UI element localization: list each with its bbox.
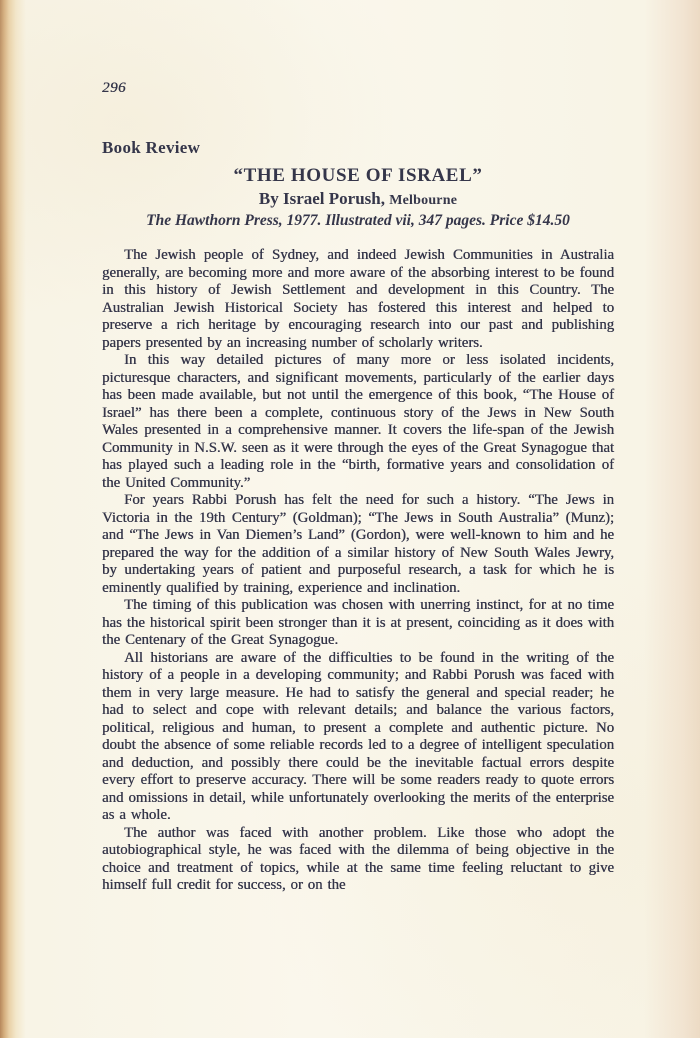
section-heading: Book Review — [102, 138, 614, 158]
paragraph: In this way detailed pictures of many mo… — [102, 352, 614, 492]
paragraph: All historians are aware of the difficul… — [102, 650, 614, 825]
paragraph: The Jewish people of Sydney, and indeed … — [102, 247, 614, 352]
byline-location: Melbourne — [389, 193, 457, 208]
paragraph: For years Rabbi Porush has felt the need… — [102, 492, 614, 597]
byline: By Israel Porush, Melbourne — [102, 189, 614, 209]
body-paragraphs: The Jewish people of Sydney, and indeed … — [102, 247, 614, 895]
scanned-book-page: 296 Book Review “THE HOUSE OF ISRAEL” By… — [0, 0, 700, 1038]
page-content: 296 Book Review “THE HOUSE OF ISRAEL” By… — [102, 0, 614, 895]
paragraph: The author was faced with another proble… — [102, 825, 614, 895]
byline-author: By Israel Porush, — [259, 189, 385, 208]
book-title: “THE HOUSE OF ISRAEL” — [102, 165, 614, 187]
imprint-line: The Hawthorn Press, 1977. Illustrated vi… — [102, 212, 614, 230]
paragraph: The timing of this publication was chose… — [102, 597, 614, 650]
page-number: 296 — [102, 80, 614, 97]
